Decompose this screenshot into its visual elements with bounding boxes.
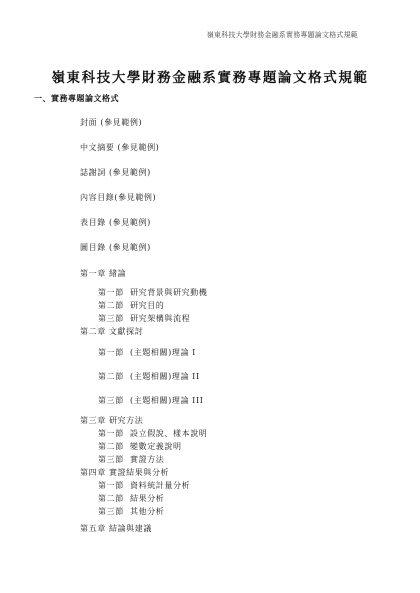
section-number: 第二節 xyxy=(98,300,130,311)
chapter-5: 第五章 結論與建議 xyxy=(80,523,152,534)
section-number: 第三節 xyxy=(98,395,130,406)
front-matter-cover: 封面 (參見範例) xyxy=(80,117,142,128)
chapter-2-section-1: 第一節(主題相關)理論 I xyxy=(98,347,196,358)
section-number: 第二節 xyxy=(98,371,130,382)
front-matter-list-of-tables: 表目錄 (參見範例) xyxy=(80,217,151,228)
section-number: 第二節 xyxy=(98,493,130,504)
section-title: 研究目的 xyxy=(130,301,164,310)
front-matter-list-of-figures: 圖目錄 (參見範例) xyxy=(80,242,151,253)
section-title: 研究背景與研究動機 xyxy=(130,288,207,297)
section-title: (主題相關)理論 III xyxy=(130,396,203,405)
chapter-4-section-2: 第二節結果分析 xyxy=(98,493,164,504)
front-matter-abstract: 中文摘要 (參見範例) xyxy=(80,142,159,153)
page-title: 嶺東科技大學財務金融系實務專題論文格式規範 xyxy=(0,66,420,86)
chapter-4-section-1: 第一節資料統計量分析 xyxy=(98,480,190,491)
section-number: 第三節 xyxy=(98,313,130,324)
chapter-3-section-2: 第二節變數定義說明 xyxy=(98,441,182,452)
section-number: 第三節 xyxy=(98,506,130,517)
chapter-3-section-3: 第三節實證方法 xyxy=(98,454,164,465)
chapter-1-section-1: 第一節研究背景與研究動機 xyxy=(98,287,207,298)
section-title: (主題相關)理論 II xyxy=(130,372,200,381)
chapter-3: 第三章 研究方法 xyxy=(80,415,143,426)
section-title: (主題相關)理論 I xyxy=(130,348,196,357)
front-matter-acknowledgement: 誌謝詞 (參見範例) xyxy=(80,167,151,178)
section-title: 實證方法 xyxy=(130,455,164,464)
section-title: 變數定義說明 xyxy=(130,442,182,451)
section-number: 第一節 xyxy=(98,287,130,298)
document-page: 嶺東科技大學財務金融系實務專題論文格式規範 嶺東科技大學財務金融系實務專題論文格… xyxy=(0,0,420,593)
section-number: 第一節 xyxy=(98,428,130,439)
section-title: 結果分析 xyxy=(130,494,164,503)
section-heading: 一、實務專題論文格式 xyxy=(34,93,119,104)
chapter-4-section-3: 第三節其他分析 xyxy=(98,506,164,517)
section-number: 第一節 xyxy=(98,480,130,491)
section-title: 其他分析 xyxy=(130,507,164,516)
front-matter-toc: 內容目錄(參見範例) xyxy=(80,192,156,203)
section-number: 第三節 xyxy=(98,454,130,465)
section-title: 資料統計量分析 xyxy=(130,481,190,490)
section-number: 第一節 xyxy=(98,347,130,358)
chapter-1-section-2: 第二節研究目的 xyxy=(98,300,164,311)
chapter-2: 第二章 文獻探討 xyxy=(80,326,143,337)
section-title: 設立假說、樣本說明 xyxy=(130,429,207,438)
running-header: 嶺東科技大學財務金融系實務專題論文格式規範 xyxy=(207,30,358,40)
chapter-4: 第四章 實證結果與分析 xyxy=(80,467,169,478)
chapter-1: 第一章 緒論 xyxy=(80,268,126,279)
chapter-2-section-3: 第三節(主題相關)理論 III xyxy=(98,395,203,406)
chapter-1-section-3: 第三節研究架構與流程 xyxy=(98,313,190,324)
chapter-3-section-1: 第一節設立假說、樣本說明 xyxy=(98,428,207,439)
chapter-2-section-2: 第二節(主題相關)理論 II xyxy=(98,371,200,382)
section-number: 第二節 xyxy=(98,441,130,452)
section-title: 研究架構與流程 xyxy=(130,314,190,323)
